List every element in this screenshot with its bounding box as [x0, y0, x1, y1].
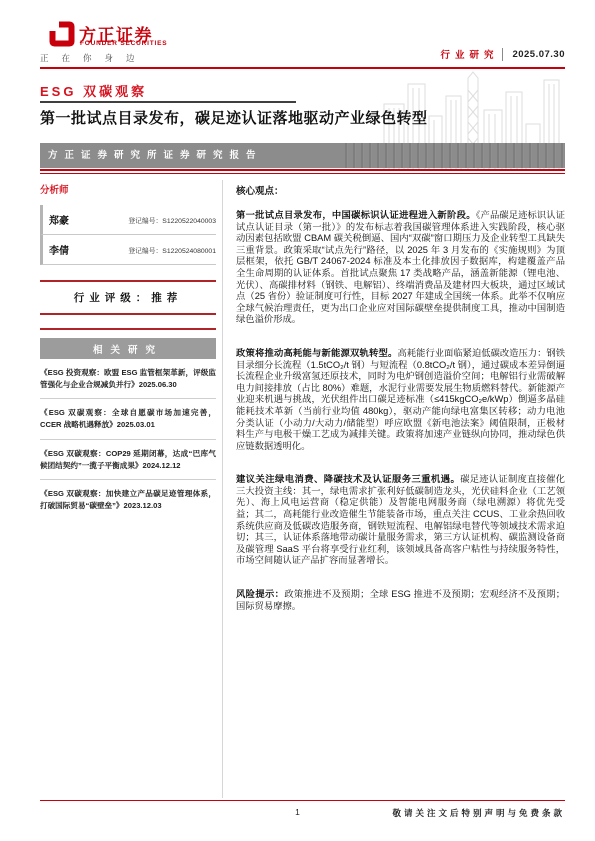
paragraph-text: 高耗能行业面临紧迫低碳改造压力：钢铁目录细分长流程（1.5tCO₂/t 钢）与短… — [236, 348, 565, 451]
paragraph-text: 碳足迹认证制度直接催化三大投资主线：其一，绿电需求扩张利好低碳制造龙头，光伏硅料… — [236, 474, 565, 565]
related-research-item: 《ESG 投资观察：欧盟 ESG 监管框架革新，评级监管强化与企业合规减负并行》… — [40, 359, 216, 399]
banner-rule-thick — [40, 169, 565, 171]
analysts-label: 分析师 — [40, 182, 216, 196]
paragraph-lead: 第一批试点目录发布，中国碳标识认证进程进入新阶段。 — [236, 210, 476, 220]
header-rule — [40, 67, 565, 69]
paragraph: 建议关注绿电消费、降碳技术及认证服务三重机遇。碳足迹认证制度直接催化三大投资主线… — [236, 474, 565, 567]
report-category: 行业研究 — [440, 47, 498, 61]
report-date: 2025.07.30 — [512, 49, 565, 60]
vertical-divider — [502, 48, 503, 61]
paragraph-lead: 建议关注绿电消费、降碳技术及认证服务三重机遇。 — [236, 474, 460, 484]
analyst-registration: 登记编号：S1220524080001 — [128, 245, 216, 255]
series-underline — [40, 101, 296, 103]
risk-paragraph: 风险提示：政策推进不及预期；全球 ESG 推进不及预期；宏观经济不及预期；国际贸… — [236, 589, 565, 612]
paragraph: 第一批试点目录发布，中国碳标识认证进程进入新阶段。《产品碳足迹标识认证试点认证目… — [236, 210, 565, 326]
analyst-name: 郑豪 — [49, 212, 69, 227]
industry-rating: 行业评级：推荐 — [40, 280, 216, 315]
report-page: 方正证券 FOUNDER SECURITIES 正在你身边 行业研究 2025.… — [0, 0, 595, 841]
institute-banner-text: 方正证券研究所证券研究报告 — [48, 150, 263, 161]
page-title: 第一批试点目录发布，碳足迹认证落地驱动产业绿色转型 — [40, 107, 565, 128]
column-divider — [222, 180, 223, 798]
brand-slogan: 正在你身边 — [40, 52, 148, 64]
footer-disclaimer-note: 敬请关注文后特别声明与免费条款 — [392, 807, 565, 819]
banner-rule-thin — [40, 173, 565, 174]
risk-lead: 风险提示： — [236, 589, 284, 599]
related-research-rule — [40, 328, 216, 330]
analyst-name: 李倩 — [49, 242, 69, 257]
paragraph-text: 《产品碳足迹标识认证试点认证目录（第一批）》的发布标志着我国碳管理体系进入实践阶… — [236, 210, 565, 324]
sidebar: 分析师 郑豪 登记编号：S1220522040003 李倩 登记编号：S1220… — [40, 180, 216, 519]
header-meta: 行业研究 2025.07.30 — [440, 47, 565, 61]
series-title: ESG 双碳观察 — [40, 81, 147, 100]
institute-banner: 方正证券研究所证券研究报告 — [40, 143, 565, 168]
footer-rule — [40, 800, 565, 801]
paragraph-lead: 政策将推动高耗能与新能源双轨转型。 — [236, 348, 398, 358]
related-research-header: 相关研究 — [40, 338, 216, 359]
brand-subname: FOUNDER SECURITIES — [80, 40, 167, 47]
main-content: 核心观点： 第一批试点目录发布，中国碳标识认证进程进入新阶段。《产品碳足迹标识认… — [236, 183, 565, 634]
paragraph: 政策将推动高耗能与新能源双轨转型。高耗能行业面临紧迫低碳改造压力：钢铁目录细分长… — [236, 348, 565, 452]
analyst-registration: 登记编号：S1220522040003 — [128, 215, 216, 225]
related-research-item: 《ESG 双碳观察：加快建立产品碳足迹管理体系，打破国际贸易“碳壁垒”》2023… — [40, 480, 216, 519]
founder-logo-icon — [49, 21, 75, 47]
related-research-item: 《ESG 双碳观察：COP29 延期闭幕，达成“巴库气候团结契约”一揽子平衡成果… — [40, 440, 216, 480]
analyst-row: 李倩 登记编号：S1220524080001 — [40, 235, 216, 265]
related-research-item: 《ESG 双碳观察：全球自愿碳市场加速完善，CCER 战略机遇释放》2025.0… — [40, 399, 216, 439]
core-viewpoints-heading: 核心观点： — [236, 183, 565, 197]
analyst-row: 郑豪 登记编号：S1220522040003 — [40, 205, 216, 235]
risk-text: 政策推进不及预期；全球 ESG 推进不及预期；宏观经济不及预期；国际贸易摩擦。 — [236, 589, 565, 611]
